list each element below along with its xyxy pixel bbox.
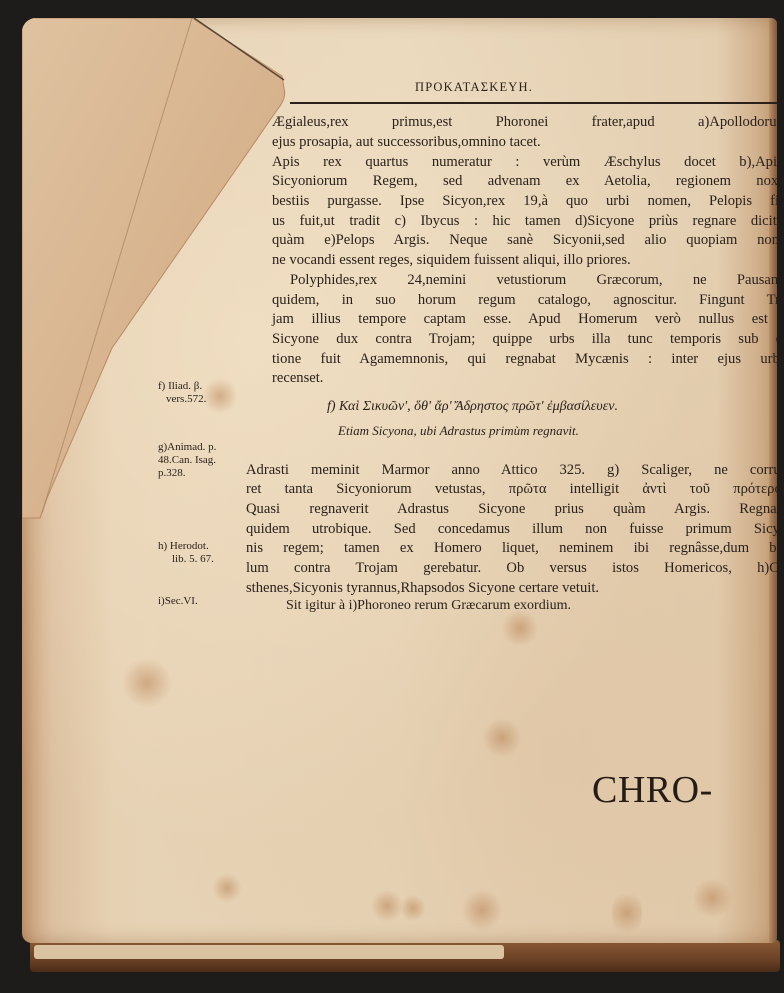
- header-rule: [290, 102, 777, 104]
- body-line: Apis rex quartus numeratur : verùm Æschy…: [272, 154, 777, 171]
- body-line: ne vocandi essent reges, siquidem fuisse…: [272, 252, 777, 269]
- catchword: CHRO-: [592, 768, 713, 812]
- body-line: Polyphides,rex 24,nemini vetustiorum Græ…: [290, 272, 777, 289]
- greek-quotation: f) Καὶ Σικυῶν', ὅθ' ἄρ' Ἄδρηστος πρῶτ' ἐ…: [327, 399, 618, 415]
- body-line: ret tanta Sicyoniorum vetustas, πρῶτα in…: [246, 481, 777, 498]
- body-line: quidem utrobique. Sed concedamus illum n…: [246, 521, 777, 538]
- book-page: ΠΡΟΚΑΤΑΣΚΕΥΗ. Ægialeus,rex primus,est Ph…: [22, 18, 777, 943]
- body-line: tione fuit Agamemnonis, qui regnabat Myc…: [272, 351, 777, 368]
- body-line: Ægialeus,rex primus,est Phoronei frater,…: [272, 114, 777, 131]
- body-line: Adrasti meminit Marmor anno Attico 325. …: [246, 462, 777, 479]
- running-header: ΠΡΟΚΑΤΑΣΚΕΥΗ.: [415, 80, 533, 95]
- foxing-stain: [462, 888, 502, 932]
- body-line: Quasi regnaverit Adrastus Sicyone prius …: [246, 501, 777, 518]
- body-line: Sicyoniorum Regem, sed advenam ex Aetoli…: [272, 173, 777, 190]
- body-line: recenset.: [272, 370, 777, 387]
- foxing-stain: [482, 718, 522, 758]
- body-line: sthenes,Sicyonis tyrannus,Rhapsodos Sicy…: [246, 580, 777, 597]
- latin-translation: Etiam Sicyona, ubi Adrastus primùm regna…: [338, 423, 579, 439]
- margin-note-i: i)Sec.VI.: [158, 595, 198, 608]
- foxing-stain: [202, 378, 238, 414]
- body-line: quidem, in suo horum regum catalogo, agn…: [272, 292, 777, 309]
- body-line: us fuit,ut tradit c) Ibycus : hic tamen …: [272, 213, 777, 230]
- body-line: nis regem; tamen ex Homero liquet, nemin…: [246, 540, 777, 557]
- conclusion-line: Sit igitur à i)Phoroneo rerum Græcarum e…: [286, 598, 571, 614]
- foxing-stain: [372, 888, 402, 924]
- body-line: bestiis purgasse. Ipse Sicyon,rex 19,à q…: [272, 193, 777, 210]
- foxing-stain: [400, 894, 426, 922]
- body-line: ejus prosapia, aut successoribus,omnino …: [272, 134, 777, 151]
- body-line: lum contra Trojam gerebatur. Ob versus i…: [246, 560, 777, 577]
- body-line: jam illius tempore captam esse. Apud Hom…: [272, 311, 777, 328]
- body-line: quàm e)Pelops Argis. Neque sanè Sicyonii…: [272, 232, 777, 249]
- foxing-stain: [122, 658, 172, 708]
- margin-note-h: h) Herodot. lib. 5. 67.: [158, 540, 214, 566]
- margin-note-f: f) Iliad. β. vers.572.: [158, 380, 206, 406]
- underlying-leaf: [34, 945, 504, 959]
- foxing-stain: [502, 608, 538, 648]
- foxing-stain: [692, 878, 732, 918]
- foxing-stain: [212, 873, 242, 903]
- body-line: Sicyone dux contra Trojam; quippe urbs i…: [272, 331, 777, 348]
- foxing-stain: [612, 888, 642, 938]
- margin-note-g: g)Animad. p. 48.Can. Isag. p.328.: [158, 441, 216, 480]
